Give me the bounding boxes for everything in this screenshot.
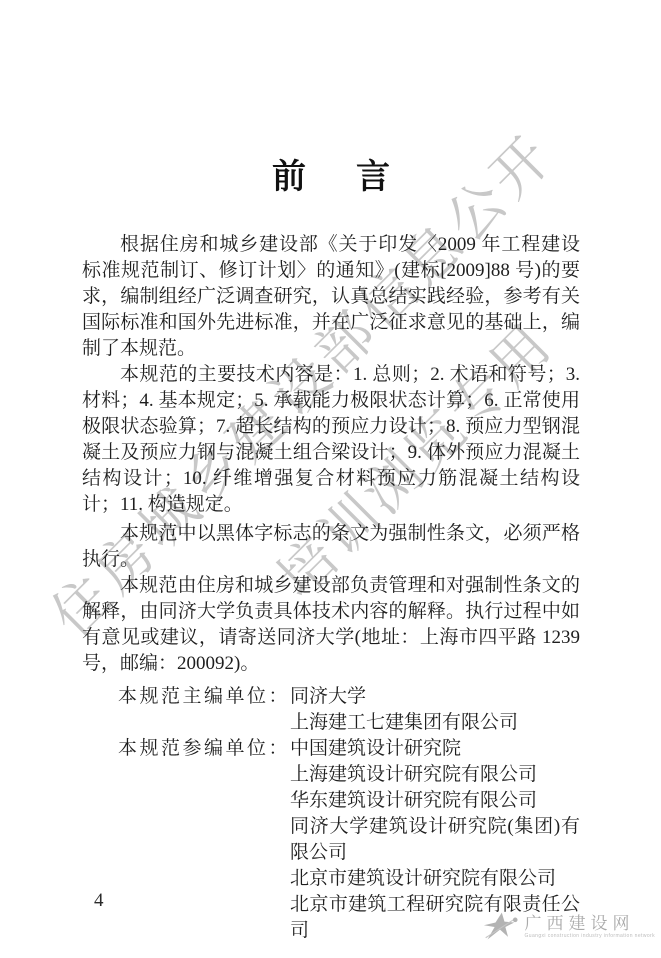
paragraph-management: 本规范由住房和城乡建设部负责管理和对强制性条文的解释，由同济大学负责具体技术内容… [82,573,580,677]
unit-item: 同济大学建筑设计研究院(集团)有限公司 [290,814,580,866]
unit-item: 华东建筑设计研究院有限公司 [290,788,580,814]
paragraph-mandatory-provisions: 本规范中以黑体字标志的条文为强制性条文，必须严格执行。 [82,521,580,573]
unit-item: 上海建筑设计研究院有限公司 [290,762,580,788]
participating-editor-label: 本规范参编单位： [118,736,290,762]
chief-editor-values: 同济大学 上海建工七建集团有限公司 [290,684,580,736]
star-icon [480,910,520,944]
unit-item: 北京市建筑设计研究院有限公司 [290,866,580,892]
site-logo-name: 广西建设网 [525,915,656,933]
paragraph-basis: 根据住房和城乡建设部《关于印发〈2009 年工程建设标准规范制订、修订计划〉的通… [82,232,580,362]
site-logo-texts: 广西建设网 Guangxi construction industry info… [525,915,656,940]
unit-item: 上海建工七建集团有限公司 [290,710,580,736]
editing-units-list: 本规范主编单位： 同济大学 上海建工七建集团有限公司 本规范参编单位： 中国建筑… [82,684,580,944]
page-title: 前 言 [82,158,580,198]
body-text: 根据住房和城乡建设部《关于印发〈2009 年工程建设标准规范制订、修订计划〉的通… [82,232,580,944]
site-logo: 广西建设网 Guangxi construction industry info… [480,910,656,944]
title-char-left: 前 [272,158,306,198]
paragraph-contents: 本规范的主要技术内容是：1. 总则；2. 术语和符号；3. 材料；4. 基本规定… [82,362,580,518]
logo-tagline: Guangxi construction industry informatio… [525,933,656,940]
page-content: 前 言 根据住房和城乡建设部《关于印发〈2009 年工程建设标准规范制订、修订计… [82,158,580,944]
document-page: 住房城乡建设部信息公开 培训浏览专用 前 言 根据住房和城乡建设部《关于印发〈2… [0,0,661,958]
page-number: 4 [94,890,104,912]
title-char-right: 言 [356,158,390,198]
chief-editor-row: 本规范主编单位： 同济大学 上海建工七建集团有限公司 [82,684,580,736]
unit-item: 同济大学 [290,684,580,710]
chief-editor-label: 本规范主编单位： [118,684,290,710]
unit-item: 中国建筑设计研究院 [290,736,580,762]
